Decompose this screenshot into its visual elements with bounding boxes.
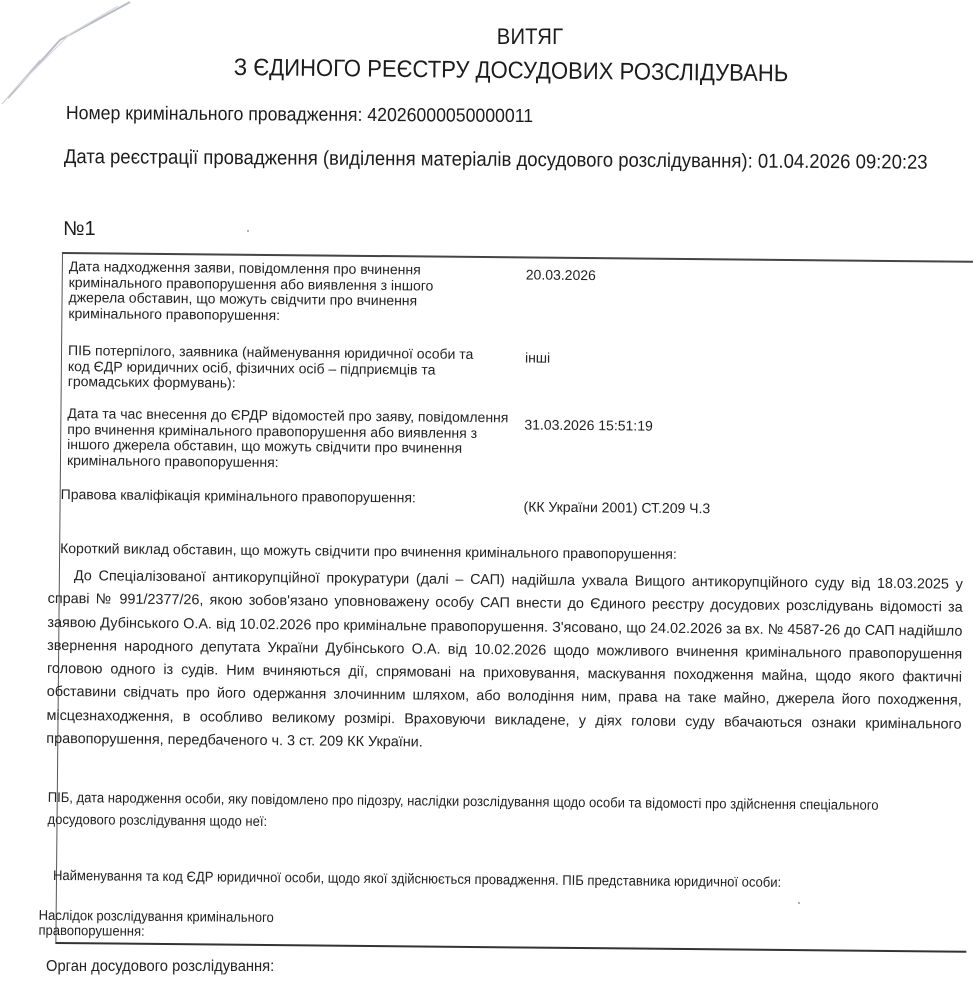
case-number-label: Номер кримінального провадження: (66, 103, 363, 126)
record-row-qualification: Правова кваліфікація кримінального право… (61, 487, 971, 496)
case-number-line: Номер кримінального провадження: 4202600… (66, 103, 533, 128)
scan-speck (798, 902, 800, 904)
scan-fold-artifact (0, 0, 160, 110)
record-row-label: Правова кваліфікація кримінального право… (61, 487, 521, 507)
record-row-victim: ПІБ потерпілого, заявника (найменування … (62, 343, 972, 352)
record-row-label: Дата та час внесення до ЄРДР відомостей … (67, 406, 520, 473)
record-row-value: (КК України 2001) СТ.209 Ч.3 (524, 498, 711, 516)
case-number-value: 42026000050000011 (367, 105, 533, 127)
record-row-receipt-date: Дата надходження заяви, повідомлення про… (63, 259, 973, 268)
legal-entity-label: Найменування та код ЄДР юридичної особи,… (53, 864, 955, 895)
summary-text: До Спеціалізованої антикорупційної проку… (46, 565, 963, 760)
summary-label: Короткий виклад обставин, що можуть свід… (60, 540, 677, 562)
scan-speck (247, 230, 249, 232)
record-row-value: 20.03.2026 (526, 266, 596, 283)
registration-date-line: Дата реєстрації провадження (виділення м… (64, 146, 934, 174)
record-row-value: 31.03.2026 15:51:19 (524, 416, 653, 433)
registration-date-value: 01.04.2026 09:20:23 (758, 151, 928, 174)
record-table: Дата надходження заяви, повідомлення про… (55, 252, 973, 953)
record-row-label: Дата надходження заяви, повідомлення про… (68, 259, 469, 325)
outcome-label: Наслідок розслідування кримінального пра… (38, 908, 317, 941)
record-row-value: інші (525, 349, 550, 365)
record-number: №1 (63, 218, 96, 241)
record-row-entry-datetime: Дата та час внесення до ЄРДР відомостей … (62, 406, 972, 415)
document-title: ВИТЯГ (42, 24, 978, 50)
registration-date-label: Дата реєстрації провадження (виділення м… (64, 146, 753, 173)
suspect-label: ПІБ, дата народження особи, яку повідомл… (47, 786, 949, 839)
document-subtitle: З ЄДИНОГО РЕЄСТРУ ДОСУДОВИХ РОЗСЛІДУВАНЬ (234, 54, 789, 88)
record-row-label: ПІБ потерпілого, заявника (найменування … (68, 343, 498, 394)
investigation-body-label: Орган досудового розслідування: (46, 958, 274, 976)
